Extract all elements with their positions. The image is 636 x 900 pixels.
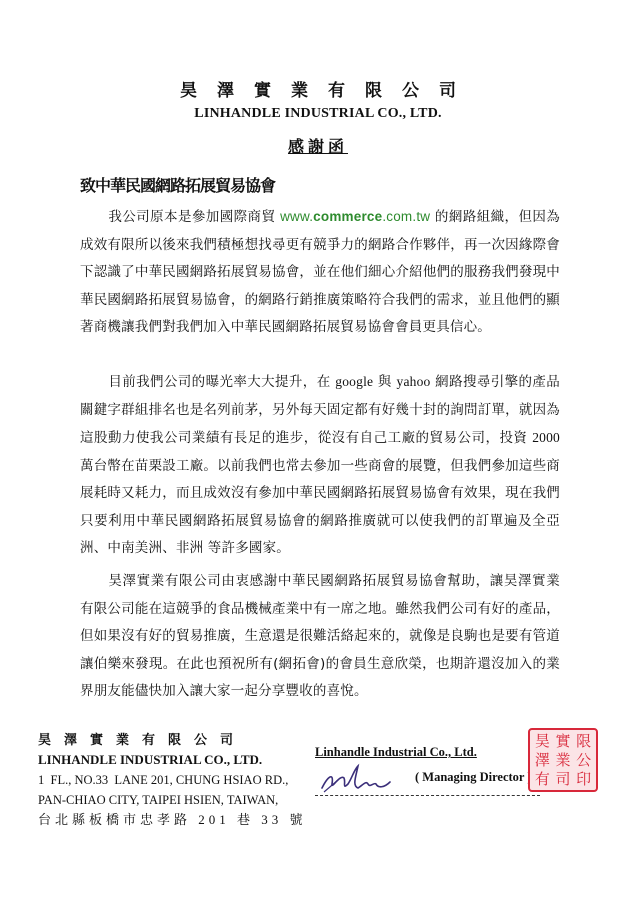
seal-char: 司 — [553, 770, 574, 789]
seal-char: 業 — [553, 751, 574, 770]
seal-char: 公 — [573, 751, 594, 770]
handwritten-signature-icon — [318, 762, 393, 796]
footer-address-cn: 台北縣板橋市忠孝路 201 巷 33 號 — [38, 810, 307, 830]
url-suffix: .com.tw — [382, 209, 430, 224]
yahoo-text: yahoo — [397, 374, 431, 389]
investment-amount: 2000 — [532, 430, 560, 445]
seal-char: 限 — [573, 732, 594, 751]
p1-text-a: 我公司原本是參加國際商貿 — [108, 209, 280, 225]
footer-address-line2: PAN-CHIAO CITY, TAIPEI HSIEN, TAIWAN, — [38, 790, 307, 810]
signature-line — [315, 795, 540, 796]
url-bold: commerce — [313, 209, 382, 224]
seal-char: 實 — [553, 732, 574, 751]
google-text: google — [335, 374, 373, 389]
company-seal-stamp: 昊 實 限 澤 業 公 有 司 印 — [528, 728, 598, 792]
paragraph-1: 我公司原本是參加國際商貿 www.commerce.com.tw 的網路組織，但… — [80, 203, 560, 342]
seal-char: 昊 — [532, 732, 553, 751]
commerce-url-link[interactable]: www.commerce.com.tw — [280, 209, 430, 224]
footer-company-cn: 昊澤實業有限公司 — [38, 730, 307, 750]
paragraph-2: 目前我們公司的曝光率大大提升，在 google 與 yahoo 網路搜尋引擎的產… — [80, 368, 560, 563]
seal-char: 澤 — [532, 751, 553, 770]
footer-company-en: LINHANDLE INDUSTRIAL CO., LTD. — [38, 750, 307, 770]
signature-role: ( Managing Director ) — [415, 770, 532, 785]
footer-company-block: 昊澤實業有限公司 LINHANDLE INDUSTRIAL CO., LTD. … — [38, 730, 307, 830]
p2-text-a: 目前我們公司的曝光率大大提升，在 — [108, 374, 335, 390]
signature-company: Linhandle Industrial Co., Ltd. — [315, 745, 477, 760]
letter-title: 感謝函 — [0, 134, 636, 157]
seal-char: 印 — [573, 770, 594, 789]
seal-char: 有 — [532, 770, 553, 789]
paragraph-3: 昊澤實業有限公司由衷感謝中華民國網路拓展貿易協會幫助，讓昊澤實業有限公司能在這競… — [80, 568, 560, 706]
addressee: 致中華民國網路拓展貿易協會 — [80, 173, 275, 196]
p1-text-b: 的網路組織，但因為成效有限所以後來我們積極想找尋更有競爭力的網路合作夥伴，再一次… — [80, 209, 560, 335]
letter-title-text: 感謝函 — [288, 139, 348, 156]
company-name-en: LINHANDLE INDUSTRIAL CO., LTD. — [0, 106, 636, 122]
p2-text-d: 萬台幣在苗栗設工廠。以前我們也常去參加一些商會的展覽，但我們參加這些商展耗時又耗… — [80, 458, 560, 557]
footer-address-line1: 1 FL., NO.33 LANE 201, CHUNG HSIAO RD., — [38, 770, 307, 790]
url-prefix: www. — [280, 209, 313, 224]
company-name-cn: 昊澤實業有限公司 — [0, 76, 636, 101]
p2-text-b: 與 — [373, 374, 396, 390]
